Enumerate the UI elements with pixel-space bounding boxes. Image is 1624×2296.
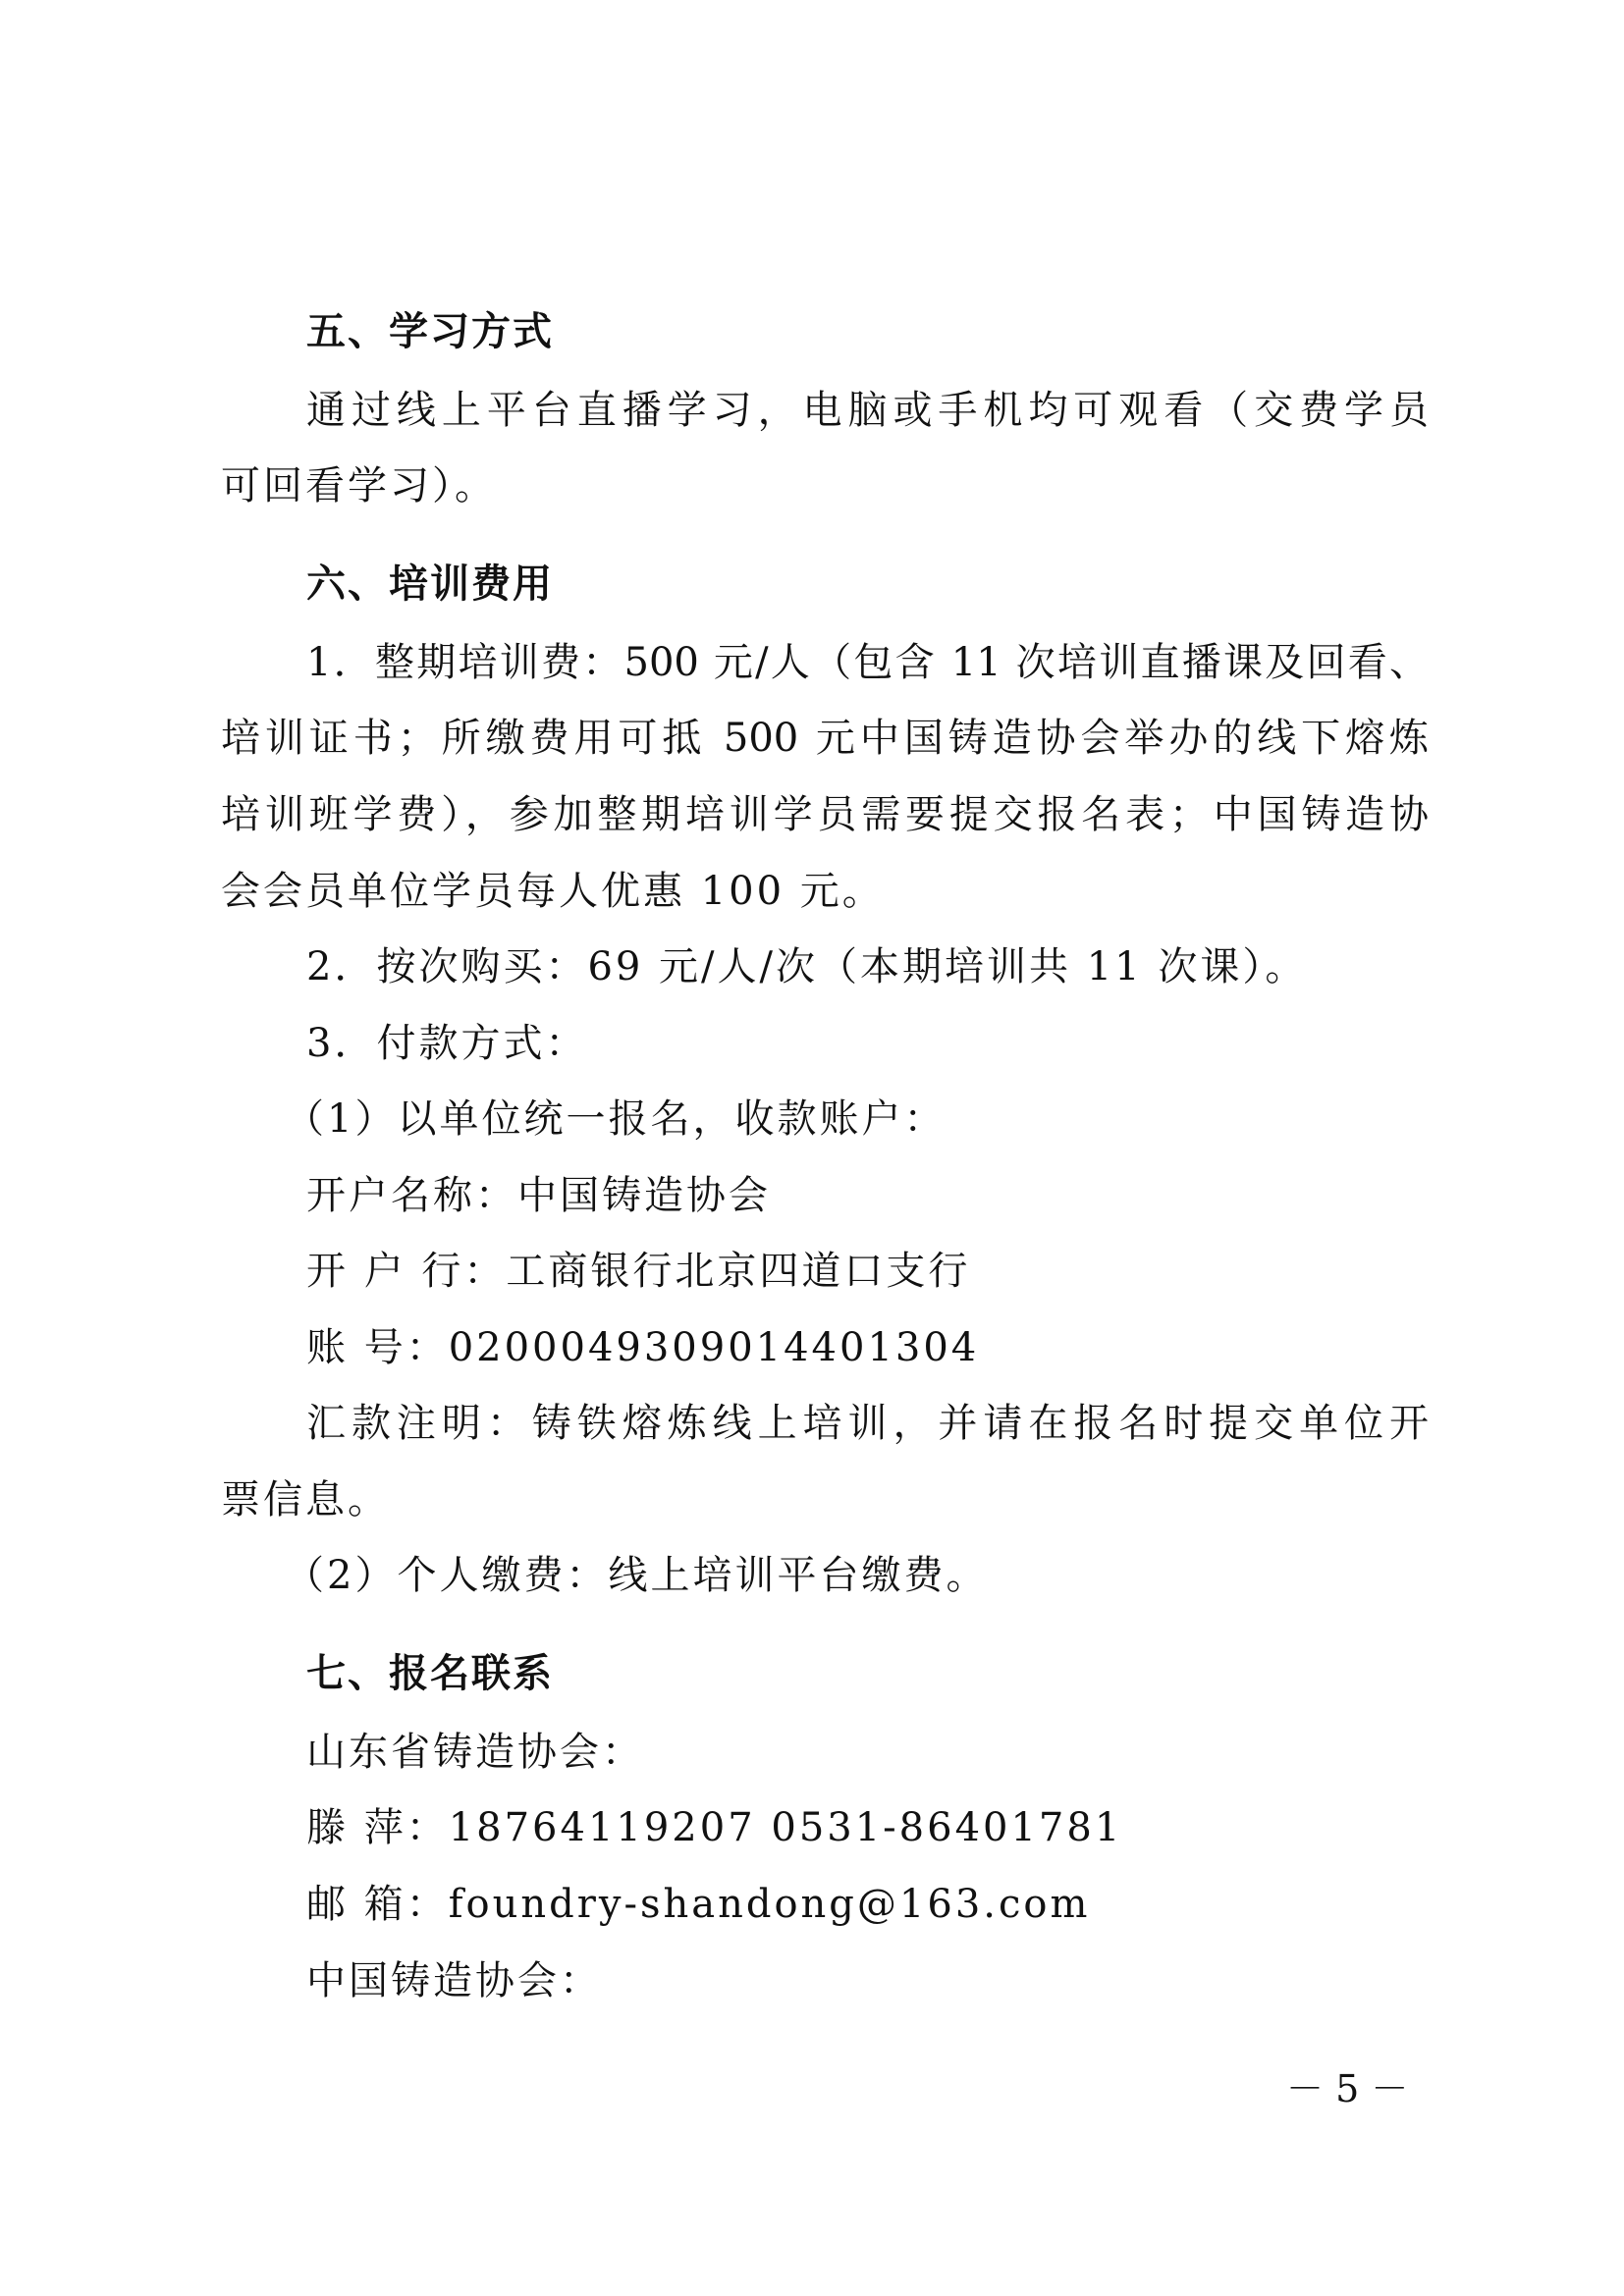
paragraph-line: 培训证书；所缴费用可抵 500 元中国铸造协会举办的线下熔炼 <box>221 709 1429 768</box>
account-name-line: 开户名称：中国铸造协会 <box>306 1166 1429 1225</box>
paragraph-line: 可回看学习）。 <box>221 456 1429 515</box>
paragraph-line: （2）个人缴费：线上培训平台缴费。 <box>285 1546 1492 1605</box>
paragraph-line: （1）以单位统一报名，收款账户： <box>285 1090 1492 1148</box>
document-page: 五、学习方式 通过线上平台直播学习，电脑或手机均可观看（交费学员 可回看学习）。… <box>0 0 1624 2296</box>
section-heading-registration-contact: 七、报名联系 <box>306 1644 1514 1703</box>
paragraph-line: 票信息。 <box>221 1470 1429 1529</box>
section-heading-training-fees: 六、培训费用 <box>306 555 1514 614</box>
paragraph-line: 汇款注明：铸铁熔炼线上培训，并请在报名时提交单位开 <box>306 1394 1429 1453</box>
account-number-line: 账 号：0200049309014401304 <box>306 1318 1429 1377</box>
paragraph-line: 2．按次购买：69 元/人/次（本期培训共 11 次课）。 <box>306 937 1429 996</box>
page-number: － 5 － <box>1286 2061 1404 2116</box>
paragraph-line: 会会员单位学员每人优惠 100 元。 <box>221 862 1429 921</box>
contact-org-line: 中国铸造协会： <box>306 1951 1429 2010</box>
contact-org-line: 山东省铸造协会： <box>306 1723 1429 1782</box>
contact-phone-line: 滕 萍：18764119207 0531-86401781 <box>306 1798 1429 1857</box>
paragraph-line: 培训班学费），参加整期培训学员需要提交报名表；中国铸造协 <box>221 785 1429 844</box>
paragraph-line: 3．付款方式： <box>306 1014 1429 1073</box>
paragraph-line: 1．整期培训费：500 元/人（包含 11 次培训直播课及回看、 <box>306 633 1429 692</box>
contact-email-line: 邮 箱：foundry-shandong@163.com <box>306 1875 1429 1934</box>
section-heading-learning-method: 五、学习方式 <box>306 302 1514 361</box>
paragraph-line: 通过线上平台直播学习，电脑或手机均可观看（交费学员 <box>306 381 1429 440</box>
bank-branch-line: 开 户 行：工商银行北京四道口支行 <box>306 1242 1429 1301</box>
